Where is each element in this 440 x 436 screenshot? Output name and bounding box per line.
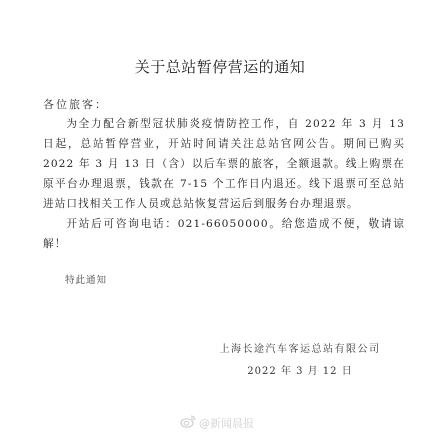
signature: 上海长途汽车客运总站有限公司 bbox=[200, 340, 400, 355]
watermark: @新闻晨报 bbox=[180, 414, 254, 431]
notice-title: 关于总站暂停营运的通知 bbox=[0, 56, 440, 77]
notice-body: 为全力配合新型冠状肺炎疫情防控工作，自 2022 年 3 月 13 日起，总站暂… bbox=[43, 114, 405, 254]
watermark-text: @新闻晨报 bbox=[199, 415, 254, 431]
weibo-icon bbox=[180, 414, 196, 431]
body-paragraph: 为全力配合新型冠状肺炎疫情防控工作，自 2022 年 3 月 13 日起，总站暂… bbox=[43, 114, 405, 214]
notice-date: 2022 年 3 月 12 日 bbox=[200, 362, 400, 377]
body-paragraph: 开站后可咨询电话：021-66050000。给您造成不便，敬请谅解！ bbox=[43, 214, 405, 254]
closing-line: 特此通知 bbox=[65, 272, 107, 286]
salutation: 各位旅客： bbox=[43, 96, 108, 112]
